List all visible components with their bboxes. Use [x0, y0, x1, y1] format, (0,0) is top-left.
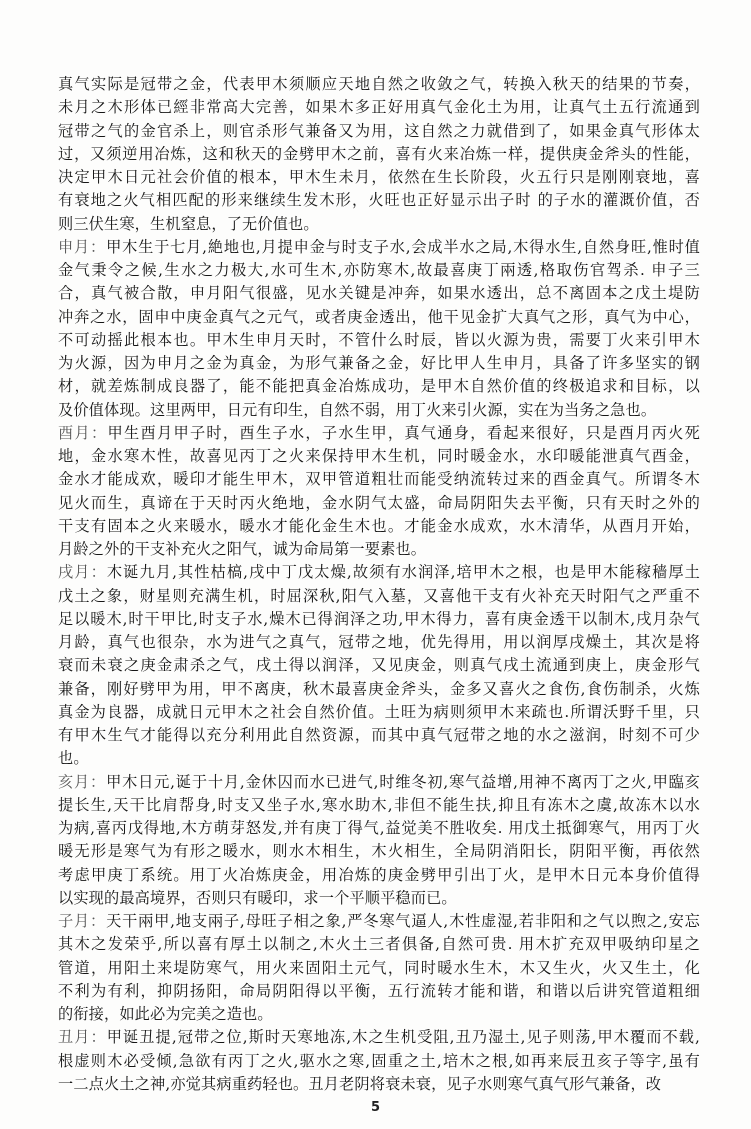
line-text: 材，就差炼制成良器了，能不能把真金冶炼成功，是甲木自然价值的终极追求和目标，以 — [58, 377, 700, 395]
text-line: 以实现的最高境界，否则只有暖印，求一个平顺平稳而已。 — [58, 887, 700, 910]
text-line: 不可动摇此根本也。甲木生申月天时，不管什么时辰，皆以火源为贵，需要丁火来引甲木 — [58, 329, 700, 352]
text-line: 也。 — [58, 747, 700, 770]
text-line: 有衰地之火气相匹配的形来继续生发木形，火旺也正好显示出子时 的子水的灌溉价值，否 — [58, 189, 700, 212]
text-line: 申月：甲木生于七月,絶地也,月提申金与时支子水,会成半水之局,木得水生,自然身旺… — [58, 236, 700, 259]
line-text: 月龄，真气也很杂，水为进气之真气，冠带之地，优先得用，用以润厚戌燥土，其次是将 — [58, 633, 700, 651]
text-line: 亥月：甲木日元,诞于十月,金休囚而水已进气,时维冬初,寒气益增,用神不离丙丁之火… — [58, 771, 700, 794]
text-line: 金水才能成欢，暖印才能生甲木，双甲管道粗壮而能受纳流转过来的酉金真气。所谓冬木 — [58, 468, 700, 491]
line-text: 有衰地之火气相匹配的形来继续生发木形，火旺也正好显示出子时 的子水的灌溉价值，否 — [58, 191, 700, 209]
line-text: 提长生,天干比肩帮身,时支又坐子水,寒水助木,非但不能生扶,抑且有冻木之虞,故冻… — [58, 796, 700, 814]
line-text: 甲木日元,诞于十月,金休囚而水已进气,时维冬初,寒气益增,用神不离丙丁之火,甲臨… — [106, 773, 700, 791]
text-line: 根虚则木必受倾,急欲有丙丁之火,驱水之寒,固重之土,培木之根,如再来辰丑亥子等字… — [58, 1050, 700, 1073]
text-line: 真金为良器，成就日元甲木之社会自然价值。土旺为病则须甲木来疏也.所谓沃野千里，只 — [58, 701, 700, 724]
line-text: 也。 — [58, 749, 89, 767]
text-line: 丑月：甲诞丑提,冠带之位,斯时天寒地冻,木之生机受阻,丑乃湿土,见子则荡,甲木覆… — [58, 1026, 700, 1049]
text-line: 暖无形是寒气为有形之暖水，则水木相生，木火相生，全局阴消阳长，阴阳平衡，再依然 — [58, 840, 700, 863]
line-text: 根虚则木必受倾,急欲有丙丁之火,驱水之寒,固重之土,培木之根,如再来辰丑亥子等字… — [58, 1052, 700, 1070]
text-line: 月龄，真气也很杂，水为进气之真气，冠带之地，优先得用，用以润厚戌燥土，其次是将 — [58, 631, 700, 654]
text-line: 其木之发荣乎,所以喜有厚土以制之,木火土三者俱备,自然可贵. 用木扩充双甲吸纳印… — [58, 933, 700, 956]
line-text: 戊土之象，财星则充满生机，时屈深秋,阳气入墓，又喜他干支有火补充天时阳气之严重不 — [58, 587, 700, 605]
section-label: 子月： — [58, 912, 106, 930]
line-text: 的衔接，如此必为完美之造也。 — [58, 1005, 273, 1023]
line-text: 月龄之外的干支补充火之阳气，诚为命局第一要素也。 — [58, 540, 426, 558]
text-line: 材，就差炼制成良器了，能不能把真金冶炼成功，是甲木自然价值的终极追求和目标，以 — [58, 375, 700, 398]
line-text: 真气实际是冠带之金，代表甲木须顺应天地自然之收敛之气，转换入秋天的结果的节奏， — [58, 75, 700, 93]
text-line: 提长生,天干比肩帮身,时支又坐子水,寒水助木,非但不能生扶,抑且有冻木之虞,故冻… — [58, 794, 700, 817]
text-line: 衰而未衰之庚金肃杀之气，戌土得以润泽，又见庚金，则真气戌土流通到庚上，庚金形气 — [58, 654, 700, 677]
text-line: 兼备，刚好劈甲为用，甲不离庚，秋木最喜庚金斧头，金多又喜火之食伤,食伤制杀，火炼 — [58, 678, 700, 701]
line-text: 木诞九月,其性枯槁,戌中丁戊太燥,故须有水润泽,培甲木之根，也是甲木能稼穑厚土 — [107, 563, 700, 581]
line-text: 一二点火土之神,亦觉其病重药轻也。丑月老阴将衰未衰，见子水则寒气真气形气兼备，改 — [58, 1075, 661, 1093]
line-text: 见火而生，真谛在于天时丙火绝地，金水阴气太盛，命局阴阳失去平衡，只有天时之外的 — [58, 494, 700, 512]
line-text: 不利为有利，抑阴扬阳，命局阴阳得以平衡，五行流转才能和谐，和谐以后讲究管道粗细 — [58, 982, 700, 1000]
text-line: 足以暖木,时干甲比,时支子水,燥木已得润泽之功,甲木得力，喜有庚金透干以制木,戌… — [58, 608, 700, 631]
text-line: 及价值体现。这里两甲，日元有印生，自然不弱，用丁火来引火源，实在为当务之急也。 — [58, 399, 700, 422]
line-text: 为火源，因为申月之金为真金，为形气兼备之金，好比甲人生申月，具备了许多坚实的钢 — [58, 354, 700, 372]
line-text: 地，金水寒木性，故喜见丙丁之火来保持甲木生机，同时暖金水，水印暖能泄真气酉金， — [58, 447, 700, 465]
line-text: 为病,喜丙戊得地,木方萌芽怒发,并有庚丁得气,益觉美不胜收矣. 用戊土抵御寒气，… — [58, 819, 700, 837]
text-line: 戊土之象，财星则充满生机，时屈深秋,阳气入墓，又喜他干支有火补充天时阳气之严重不 — [58, 585, 700, 608]
line-text: 真金为良器，成就日元甲木之社会自然价值。土旺为病则须甲木来疏也.所谓沃野千里，只 — [58, 703, 700, 721]
text-line: 月龄之外的干支补充火之阳气，诚为命局第一要素也。 — [58, 538, 700, 561]
line-text: 及价值体现。这里两甲，日元有印生，自然不弱，用丁火来引火源，实在为当务之急也。 — [58, 401, 656, 419]
text-line: 真气实际是冠带之金，代表甲木须顺应天地自然之收敛之气，转换入秋天的结果的节奏， — [58, 73, 700, 96]
line-text: 暖无形是寒气为有形之暖水，则水木相生，木火相生，全局阴消阳长，阴阳平衡，再依然 — [58, 842, 700, 860]
text-line: 冲奔之水，固申中庚金真气之元气，或者庚金透出，他干见金扩大真气之形，真气为中心， — [58, 306, 700, 329]
line-text: 过，又须逆用冶炼，这和秋天的金劈甲木之前，喜有火来冶炼一样，提供庚金斧头的性能， — [58, 145, 700, 163]
line-text: 则三伏生寒，生机窒息，了无价值也。 — [58, 215, 319, 233]
line-text: 未月之木形体已經非常高大完善，如果木多正好用真气金化土为用，让真气土五行流通到 — [58, 98, 700, 116]
line-text: 天干兩甲,地支兩子,母旺子相之象,严冬寒气逼人,木性虚湿,若非阳和之气以煦之,安… — [106, 912, 700, 930]
text-line: 合，真气被合散，申月阳气很盛，见水关键是冲奔，如果水透出，总不离固本之戊土堤防 — [58, 282, 700, 305]
text-line: 过，又须逆用冶炼，这和秋天的金劈甲木之前，喜有火来冶炼一样，提供庚金斧头的性能， — [58, 143, 700, 166]
line-text: 衰而未衰之庚金肃杀之气，戌土得以润泽，又见庚金，则真气戌土流通到庚上，庚金形气 — [58, 656, 700, 674]
section-label: 申月： — [58, 238, 106, 256]
text-line: 见火而生，真谛在于天时丙火绝地，金水阴气太盛，命局阴阳失去平衡，只有天时之外的 — [58, 492, 700, 515]
line-text: 冲奔之水，固申中庚金真气之元气，或者庚金透出，他干见金扩大真气之形，真气为中心， — [58, 308, 700, 326]
line-text: 不可动摇此根本也。甲木生申月天时，不管什么时辰，皆以火源为贵，需要丁火来引甲木 — [58, 331, 700, 349]
text-line: 为火源，因为申月之金为真金，为形气兼备之金，好比甲人生申月，具备了许多坚实的钢 — [58, 352, 700, 375]
section-label: 亥月： — [58, 773, 106, 791]
text-line: 管道，用阳土来堤防寒气，用火来固阳土元气，同时暖水生木，木又生火，火又生土，化 — [58, 957, 700, 980]
text-line: 为病,喜丙戊得地,木方萌芽怒发,并有庚丁得气,益觉美不胜收矣. 用戊土抵御寒气，… — [58, 817, 700, 840]
line-text: 甲诞丑提,冠带之位,斯时天寒地冻,木之生机受阻,丑乃湿土,见子则荡,甲木覆而不载… — [107, 1028, 700, 1046]
text-line: 金气秉令之候,生水之力极大,水可生木,亦防寒木,故最喜庚丁兩透,格取伤官驾杀. … — [58, 259, 700, 282]
line-text: 足以暖木,时干甲比,时支子水,燥木已得润泽之功,甲木得力，喜有庚金透干以制木,戌… — [58, 610, 700, 628]
text-line: 不利为有利，抑阴扬阳，命局阴阳得以平衡，五行流转才能和谐，和谐以后讲究管道粗细 — [58, 980, 700, 1003]
line-text: 冠带之气的金官杀上，则官杀形气兼备又为用，这自然之力就借到了，如果金真气形体太 — [58, 122, 700, 140]
page-number: 5 — [0, 1100, 751, 1115]
text-line: 则三伏生寒，生机窒息，了无价值也。 — [58, 213, 700, 236]
text-line: 决定甲木日元社会价值的根本，甲木生未月，依然在生长阶段，火五行只是刚刚衰地，喜 — [58, 166, 700, 189]
document-body: 真气实际是冠带之金，代表甲木须顺应天地自然之收敛之气，转换入秋天的结果的节奏，未… — [58, 73, 700, 1096]
text-line: 有甲木生气才能得以充分利用此自然资源，而其中真气冠带之地的水之滋润，时刻不可少 — [58, 724, 700, 747]
text-line: 地，金水寒木性，故喜见丙丁之火来保持甲木生机，同时暖金水，水印暖能泄真气酉金， — [58, 445, 700, 468]
section-label: 丑月： — [58, 1028, 107, 1046]
text-line: 一二点火土之神,亦觉其病重药轻也。丑月老阴将衰未衰，见子水则寒气真气形气兼备，改 — [58, 1073, 700, 1096]
text-line: 冠带之气的金官杀上，则官杀形气兼备又为用，这自然之力就借到了，如果金真气形体太 — [58, 120, 700, 143]
text-line: 考虑甲庚丁系统。用丁火冶炼庚金，用冶炼的庚金劈甲引出丁火，是甲木日元本身价值得 — [58, 864, 700, 887]
line-text: 金水才能成欢，暖印才能生甲木，双甲管道粗壮而能受纳流转过来的酉金真气。所谓冬木 — [58, 470, 700, 488]
section-label: 戌月： — [58, 563, 107, 581]
line-text: 甲生酉月甲子时，酉生子水，子水生甲，真气通身，看起来很好，只是酉月丙火死 — [107, 424, 700, 442]
line-text: 决定甲木日元社会价值的根本，甲木生未月，依然在生长阶段，火五行只是刚刚衰地，喜 — [58, 168, 700, 186]
line-text: 干支有固本之火来暖水，暖水才能化金生木也。才能金水成欢，水木清华，从酉月开始， — [58, 517, 700, 535]
line-text: 有甲木生气才能得以充分利用此自然资源，而其中真气冠带之地的水之滋润，时刻不可少 — [58, 726, 700, 744]
line-text: 其木之发荣乎,所以喜有厚土以制之,木火土三者俱备,自然可贵. 用木扩充双甲吸纳印… — [58, 935, 700, 953]
text-line: 戌月：木诞九月,其性枯槁,戌中丁戊太燥,故须有水润泽,培甲木之根，也是甲木能稼穑… — [58, 561, 700, 584]
text-line: 未月之木形体已經非常高大完善，如果木多正好用真气金化土为用，让真气土五行流通到 — [58, 96, 700, 119]
line-text: 兼备，刚好劈甲为用，甲不离庚，秋木最喜庚金斧头，金多又喜火之食伤,食伤制杀，火炼 — [58, 680, 700, 698]
line-text: 管道，用阳土来堤防寒气，用火来固阳土元气，同时暖水生木，木又生火，火又生土，化 — [58, 959, 700, 977]
line-text: 考虑甲庚丁系统。用丁火冶炼庚金，用冶炼的庚金劈甲引出丁火，是甲木日元本身价值得 — [58, 866, 700, 884]
text-line: 干支有固本之火来暖水，暖水才能化金生木也。才能金水成欢，水木清华，从酉月开始， — [58, 515, 700, 538]
line-text: 以实现的最高境界，否则只有暖印，求一个平顺平稳而已。 — [58, 889, 457, 907]
text-line: 酉月：甲生酉月甲子时，酉生子水，子水生甲，真气通身，看起来很好，只是酉月丙火死 — [58, 422, 700, 445]
line-text: 甲木生于七月,絶地也,月提申金与时支子水,会成半水之局,木得水生,自然身旺,惟时… — [106, 238, 700, 256]
section-label: 酉月： — [58, 424, 107, 442]
line-text: 合，真气被合散，申月阳气很盛，见水关键是冲奔，如果水透出，总不离固本之戊土堤防 — [58, 284, 700, 302]
text-line: 的衔接，如此必为完美之造也。 — [58, 1003, 700, 1026]
text-line: 子月：天干兩甲,地支兩子,母旺子相之象,严冬寒气逼人,木性虚湿,若非阳和之气以煦… — [58, 910, 700, 933]
line-text: 金气秉令之候,生水之力极大,水可生木,亦防寒木,故最喜庚丁兩透,格取伤官驾杀. … — [58, 261, 700, 279]
